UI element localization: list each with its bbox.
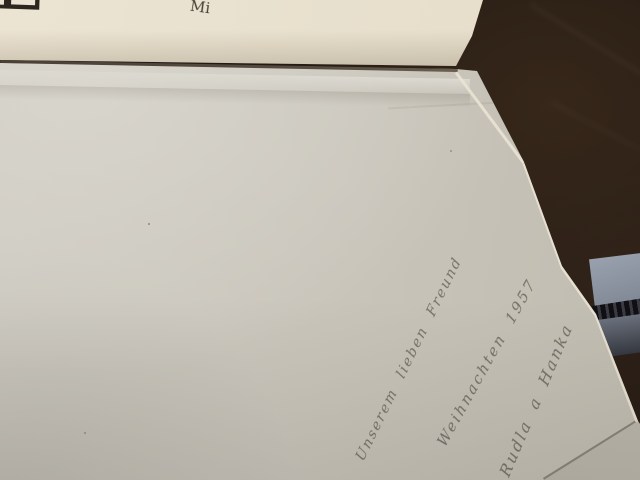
page-edge-highlight <box>523 163 564 268</box>
printed-text-fragment: Mi <box>189 0 211 16</box>
printed-initial: L <box>0 0 43 21</box>
under-page-corner <box>0 0 640 480</box>
flyleaf-page: Unserem lieben Freund Weihnachten 1957 R… <box>0 0 640 480</box>
leather-sheen-streak <box>530 3 640 80</box>
page-edge-highlight <box>455 72 525 164</box>
photo-desk-background: Unserem lieben Freund Weihnachten 1957 R… <box>0 0 640 480</box>
leather-sheen-streak <box>552 102 640 160</box>
inscription-line-3: Rudla a Hanka <box>496 319 577 480</box>
page-corner-edge <box>543 419 638 480</box>
page-top-highlight <box>0 70 470 94</box>
paper-specks <box>148 223 150 225</box>
inscription-line-2: Weihnachten 1957 <box>434 275 540 450</box>
crease-shadow <box>0 85 470 108</box>
inscription-line-1: Unserem lieben Freund <box>353 254 465 464</box>
